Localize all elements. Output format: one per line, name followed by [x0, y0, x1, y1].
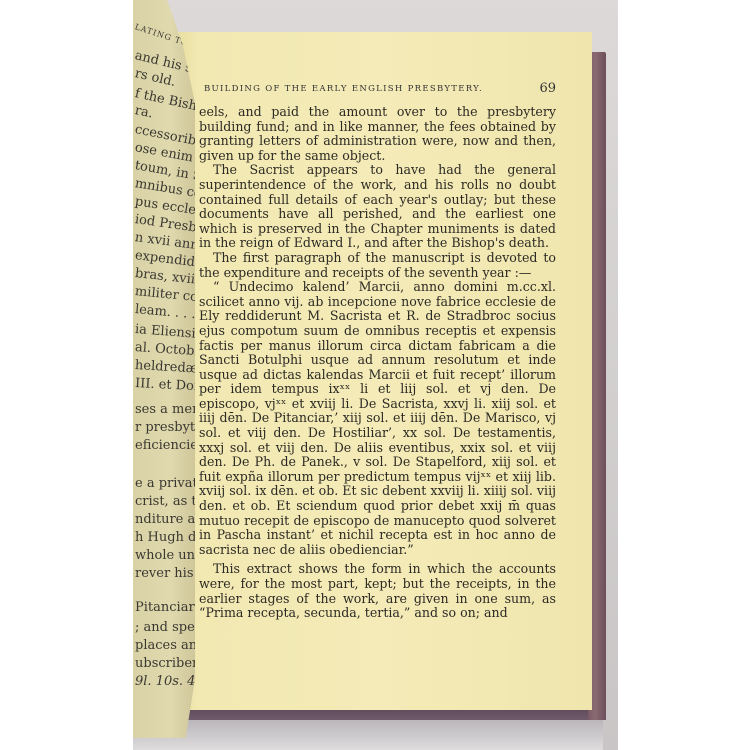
- paragraph-extract-form: This extract shows the form in which the…: [199, 562, 556, 620]
- paragraph-first-manuscript: The first paragraph of the manuscript is…: [199, 251, 556, 280]
- right-page: BUILDING OF THE EARLY ENGLISH PRESBYTERY…: [172, 32, 592, 710]
- left-page-text-fragment: whole undert: [135, 548, 195, 563]
- running-head-title: BUILDING OF THE EARLY ENGLISH PRESBYTERY…: [204, 84, 483, 96]
- left-page-text-fragment: ses a memoran: [135, 402, 195, 417]
- left-page-text-fragment: rever his influ: [135, 566, 195, 581]
- left-page-text-fragment: places and pe: [135, 638, 195, 653]
- page-body: eels, and paid the amount over to the pr…: [199, 105, 556, 621]
- left-page-text-fragment: h Hugh de N: [135, 530, 195, 545]
- latin-quotation: “ Undecimo kalend’ Marcii, anno domini m…: [199, 280, 556, 557]
- left-page-text-fragment: ; and special g: [135, 620, 195, 635]
- left-page-text-fragment: 9l. 10s. 4½d.: [135, 674, 195, 689]
- left-page-text-fragment: eficiencies of th: [135, 438, 195, 453]
- left-page-text-fragment: ra.: [133, 103, 154, 121]
- running-header: BUILDING OF THE EARLY ENGLISH PRESBYTERY…: [204, 84, 556, 96]
- paragraph-continuation: eels, and paid the amount over to the pr…: [199, 105, 556, 163]
- left-page-text-fragment: ubscribers.: [135, 656, 195, 671]
- page-number: 69: [539, 81, 556, 96]
- paragraph-sacrist: The Sacrist appears to have had the gene…: [199, 163, 556, 251]
- left-page-text-fragment: Pitanciarius fo: [135, 600, 195, 615]
- left-page-text-fragment: III. et Domi: [135, 376, 195, 395]
- left-page-text-fragment: r presbytery, sh: [135, 420, 195, 435]
- table-surface: [133, 718, 603, 750]
- left-page-text-fragment: nditure are gi: [135, 512, 195, 527]
- left-page-text-fragment: e a private m: [135, 476, 195, 491]
- left-page-text-fragment: leam. . . . .: [134, 302, 195, 323]
- left-page-text-fragment: crist, as the su: [135, 494, 195, 509]
- left-page-curled: LATING TO THEand his son, Edwrs old.f th…: [133, 0, 195, 738]
